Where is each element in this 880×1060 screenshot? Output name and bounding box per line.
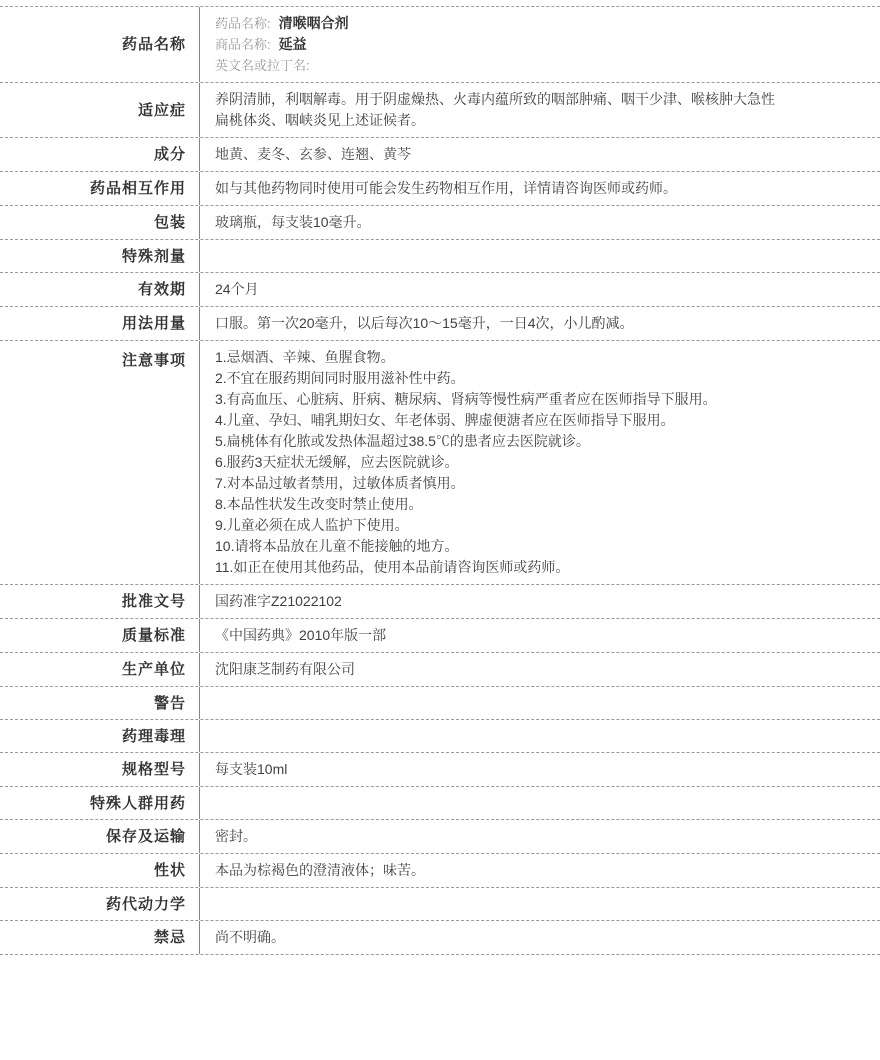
- row-value: 口服。第一次20毫升，以后每次10～15毫升，一日4次，小儿酌减。: [200, 307, 880, 340]
- table-row: 药品名称 药品名称:清喉咽合剂商品名称:延益英文名或拉丁名:: [0, 7, 880, 83]
- row-label-cell: 警告: [0, 687, 200, 719]
- note-item: 1.忌烟酒、辛辣、鱼腥食物。: [215, 347, 860, 368]
- table-row: 药品相互作用 如与其他药物同时使用可能会发生药物相互作用，详情请咨询医师或药师。: [0, 172, 880, 206]
- row-text: 如与其他药物同时使用可能会发生药物相互作用，详情请咨询医师或药师。: [215, 178, 860, 199]
- table-row: 特殊人群用药: [0, 787, 880, 820]
- table-row: 特殊剂量: [0, 240, 880, 273]
- row-label-cell: 禁忌: [0, 921, 200, 954]
- row-value: 1.忌烟酒、辛辣、鱼腥食物。2.不宜在服药期间同时服用滋补性中药。3.有高血压、…: [200, 341, 880, 584]
- note-item: 7.对本品过敏者禁用，过敏体质者慎用。: [215, 473, 860, 494]
- row-label: 药品相互作用: [90, 178, 186, 199]
- row-label-cell: 特殊人群用药: [0, 787, 200, 819]
- row-value: 沈阳康芝制药有限公司: [200, 653, 880, 686]
- field-label: 药品名称:: [215, 16, 271, 31]
- row-label: 包装: [154, 212, 186, 233]
- row-value: 密封。: [200, 820, 880, 853]
- row-label: 成分: [154, 144, 186, 165]
- row-label-cell: 药理毒理: [0, 720, 200, 752]
- row-value: 本品为棕褐色的澄清液体；味苦。: [200, 854, 880, 887]
- row-text: 玻璃瓶，每支装10毫升。: [215, 212, 860, 233]
- row-label-cell: 药代动力学: [0, 888, 200, 920]
- row-text: 《中国药典》2010年版一部: [215, 625, 860, 646]
- row-label: 规格型号: [122, 759, 186, 780]
- note-item: 5.扁桃体有化脓或发热体温超过38.5℃的患者应去医院就诊。: [215, 431, 860, 452]
- row-label-cell: 特殊剂量: [0, 240, 200, 272]
- field-line: 商品名称:延益: [215, 34, 860, 55]
- row-label: 生产单位: [122, 659, 186, 680]
- field-value: 延益: [279, 36, 307, 52]
- row-label: 药品名称: [122, 34, 186, 55]
- table-row: 性状 本品为棕褐色的澄清液体；味苦。: [0, 854, 880, 888]
- row-label-cell: 性状: [0, 854, 200, 887]
- row-label-cell: 注意事项: [0, 341, 200, 584]
- row-value: 地黄、麦冬、玄参、连翘、黄芩: [200, 138, 880, 171]
- note-item: 2.不宜在服药期间同时服用滋补性中药。: [215, 368, 860, 389]
- table-row: 用法用量 口服。第一次20毫升，以后每次10～15毫升，一日4次，小儿酌减。: [0, 307, 880, 341]
- table-row: 警告: [0, 687, 880, 720]
- table-row: 保存及运输 密封。: [0, 820, 880, 854]
- row-label-cell: 规格型号: [0, 753, 200, 786]
- row-value: 药品名称:清喉咽合剂商品名称:延益英文名或拉丁名:: [200, 7, 880, 82]
- row-value: 24个月: [200, 273, 880, 306]
- field-value: 清喉咽合剂: [279, 15, 349, 31]
- row-label: 用法用量: [122, 313, 186, 334]
- field-label: 英文名或拉丁名:: [215, 58, 310, 73]
- note-item: 3.有高血压、心脏病、肝病、糖尿病、肾病等慢性病严重者应在医师指导下服用。: [215, 389, 860, 410]
- row-label: 适应症: [138, 100, 186, 121]
- row-value: 玻璃瓶，每支装10毫升。: [200, 206, 880, 239]
- row-text: 本品为棕褐色的澄清液体；味苦。: [215, 860, 860, 881]
- row-label-cell: 批准文号: [0, 585, 200, 618]
- row-text: 沈阳康芝制药有限公司: [215, 659, 860, 680]
- table-row: 药理毒理: [0, 720, 880, 753]
- note-item: 6.服药3天症状无缓解，应去医院就诊。: [215, 452, 860, 473]
- row-label: 警告: [154, 693, 186, 714]
- row-text: 口服。第一次20毫升，以后每次10～15毫升，一日4次，小儿酌减。: [215, 313, 860, 334]
- row-label-cell: 用法用量: [0, 307, 200, 340]
- row-label: 注意事项: [122, 350, 186, 371]
- note-item: 4.儿童、孕妇、哺乳期妇女、年老体弱、脾虚便溏者应在医师指导下服用。: [215, 410, 860, 431]
- row-text: 地黄、麦冬、玄参、连翘、黄芩: [215, 144, 860, 165]
- row-value: [200, 888, 880, 920]
- table-row: 批准文号 国药准字Z21022102: [0, 585, 880, 619]
- row-label-cell: 药品相互作用: [0, 172, 200, 205]
- row-value: 《中国药典》2010年版一部: [200, 619, 880, 652]
- field-line: 药品名称:清喉咽合剂: [215, 13, 860, 34]
- row-label: 药代动力学: [106, 894, 186, 915]
- row-label: 药理毒理: [122, 726, 186, 747]
- row-value: 国药准字Z21022102: [200, 585, 880, 618]
- table-row: 规格型号 每支装10ml: [0, 753, 880, 787]
- row-label-cell: 有效期: [0, 273, 200, 306]
- row-value: [200, 720, 880, 752]
- table-row: 生产单位 沈阳康芝制药有限公司: [0, 653, 880, 687]
- row-text: 24个月: [215, 279, 860, 300]
- table-row: 成分 地黄、麦冬、玄参、连翘、黄芩: [0, 138, 880, 172]
- row-label: 批准文号: [122, 591, 186, 612]
- row-value: [200, 787, 880, 819]
- row-label: 有效期: [138, 279, 186, 300]
- row-value: 每支装10ml: [200, 753, 880, 786]
- note-item: 10.请将本品放在儿童不能接触的地方。: [215, 536, 860, 557]
- table-row: 适应症 养阴清肺，利咽解毒。用于阴虚燥热、火毒内蕴所致的咽部肿痛、咽干少津、喉核…: [0, 83, 880, 138]
- row-text: 尚不明确。: [215, 927, 860, 948]
- row-value: 如与其他药物同时使用可能会发生药物相互作用，详情请咨询医师或药师。: [200, 172, 880, 205]
- row-label: 禁忌: [154, 927, 186, 948]
- row-label: 保存及运输: [106, 826, 186, 847]
- table-row: 禁忌 尚不明确。: [0, 921, 880, 955]
- table-row: 药代动力学: [0, 888, 880, 921]
- row-label: 质量标准: [122, 625, 186, 646]
- row-text: 每支装10ml: [215, 759, 860, 780]
- drug-info-table: 药品名称 药品名称:清喉咽合剂商品名称:延益英文名或拉丁名: 适应症 养阴清肺，…: [0, 6, 880, 955]
- row-label: 特殊人群用药: [90, 793, 186, 814]
- row-label: 性状: [154, 860, 186, 881]
- table-row: 质量标准 《中国药典》2010年版一部: [0, 619, 880, 653]
- note-item: 11.如正在使用其他药品，使用本品前请咨询医师或药师。: [215, 557, 860, 578]
- note-item: 9.儿童必须在成人监护下使用。: [215, 515, 860, 536]
- table-row: 注意事项 1.忌烟酒、辛辣、鱼腥食物。2.不宜在服药期间同时服用滋补性中药。3.…: [0, 341, 880, 585]
- row-value: 养阴清肺，利咽解毒。用于阴虚燥热、火毒内蕴所致的咽部肿痛、咽干少津、喉核肿大急性…: [200, 83, 880, 137]
- row-text: 密封。: [215, 826, 860, 847]
- row-label-cell: 适应症: [0, 83, 200, 137]
- table-row: 包装 玻璃瓶，每支装10毫升。: [0, 206, 880, 240]
- row-label-cell: 保存及运输: [0, 820, 200, 853]
- note-item: 8.本品性状发生改变时禁止使用。: [215, 494, 860, 515]
- row-text: 国药准字Z21022102: [215, 591, 860, 612]
- row-label-cell: 生产单位: [0, 653, 200, 686]
- row-label-cell: 药品名称: [0, 7, 200, 82]
- row-value: [200, 687, 880, 719]
- field-line: 英文名或拉丁名:: [215, 55, 860, 76]
- row-label-cell: 成分: [0, 138, 200, 171]
- row-text: 养阴清肺，利咽解毒。用于阴虚燥热、火毒内蕴所致的咽部肿痛、咽干少津、喉核肿大急性…: [215, 89, 860, 131]
- row-label-cell: 包装: [0, 206, 200, 239]
- row-label: 特殊剂量: [122, 246, 186, 267]
- field-label: 商品名称:: [215, 37, 271, 52]
- table-row: 有效期 24个月: [0, 273, 880, 307]
- row-value: 尚不明确。: [200, 921, 880, 954]
- row-label-cell: 质量标准: [0, 619, 200, 652]
- row-value: [200, 240, 880, 272]
